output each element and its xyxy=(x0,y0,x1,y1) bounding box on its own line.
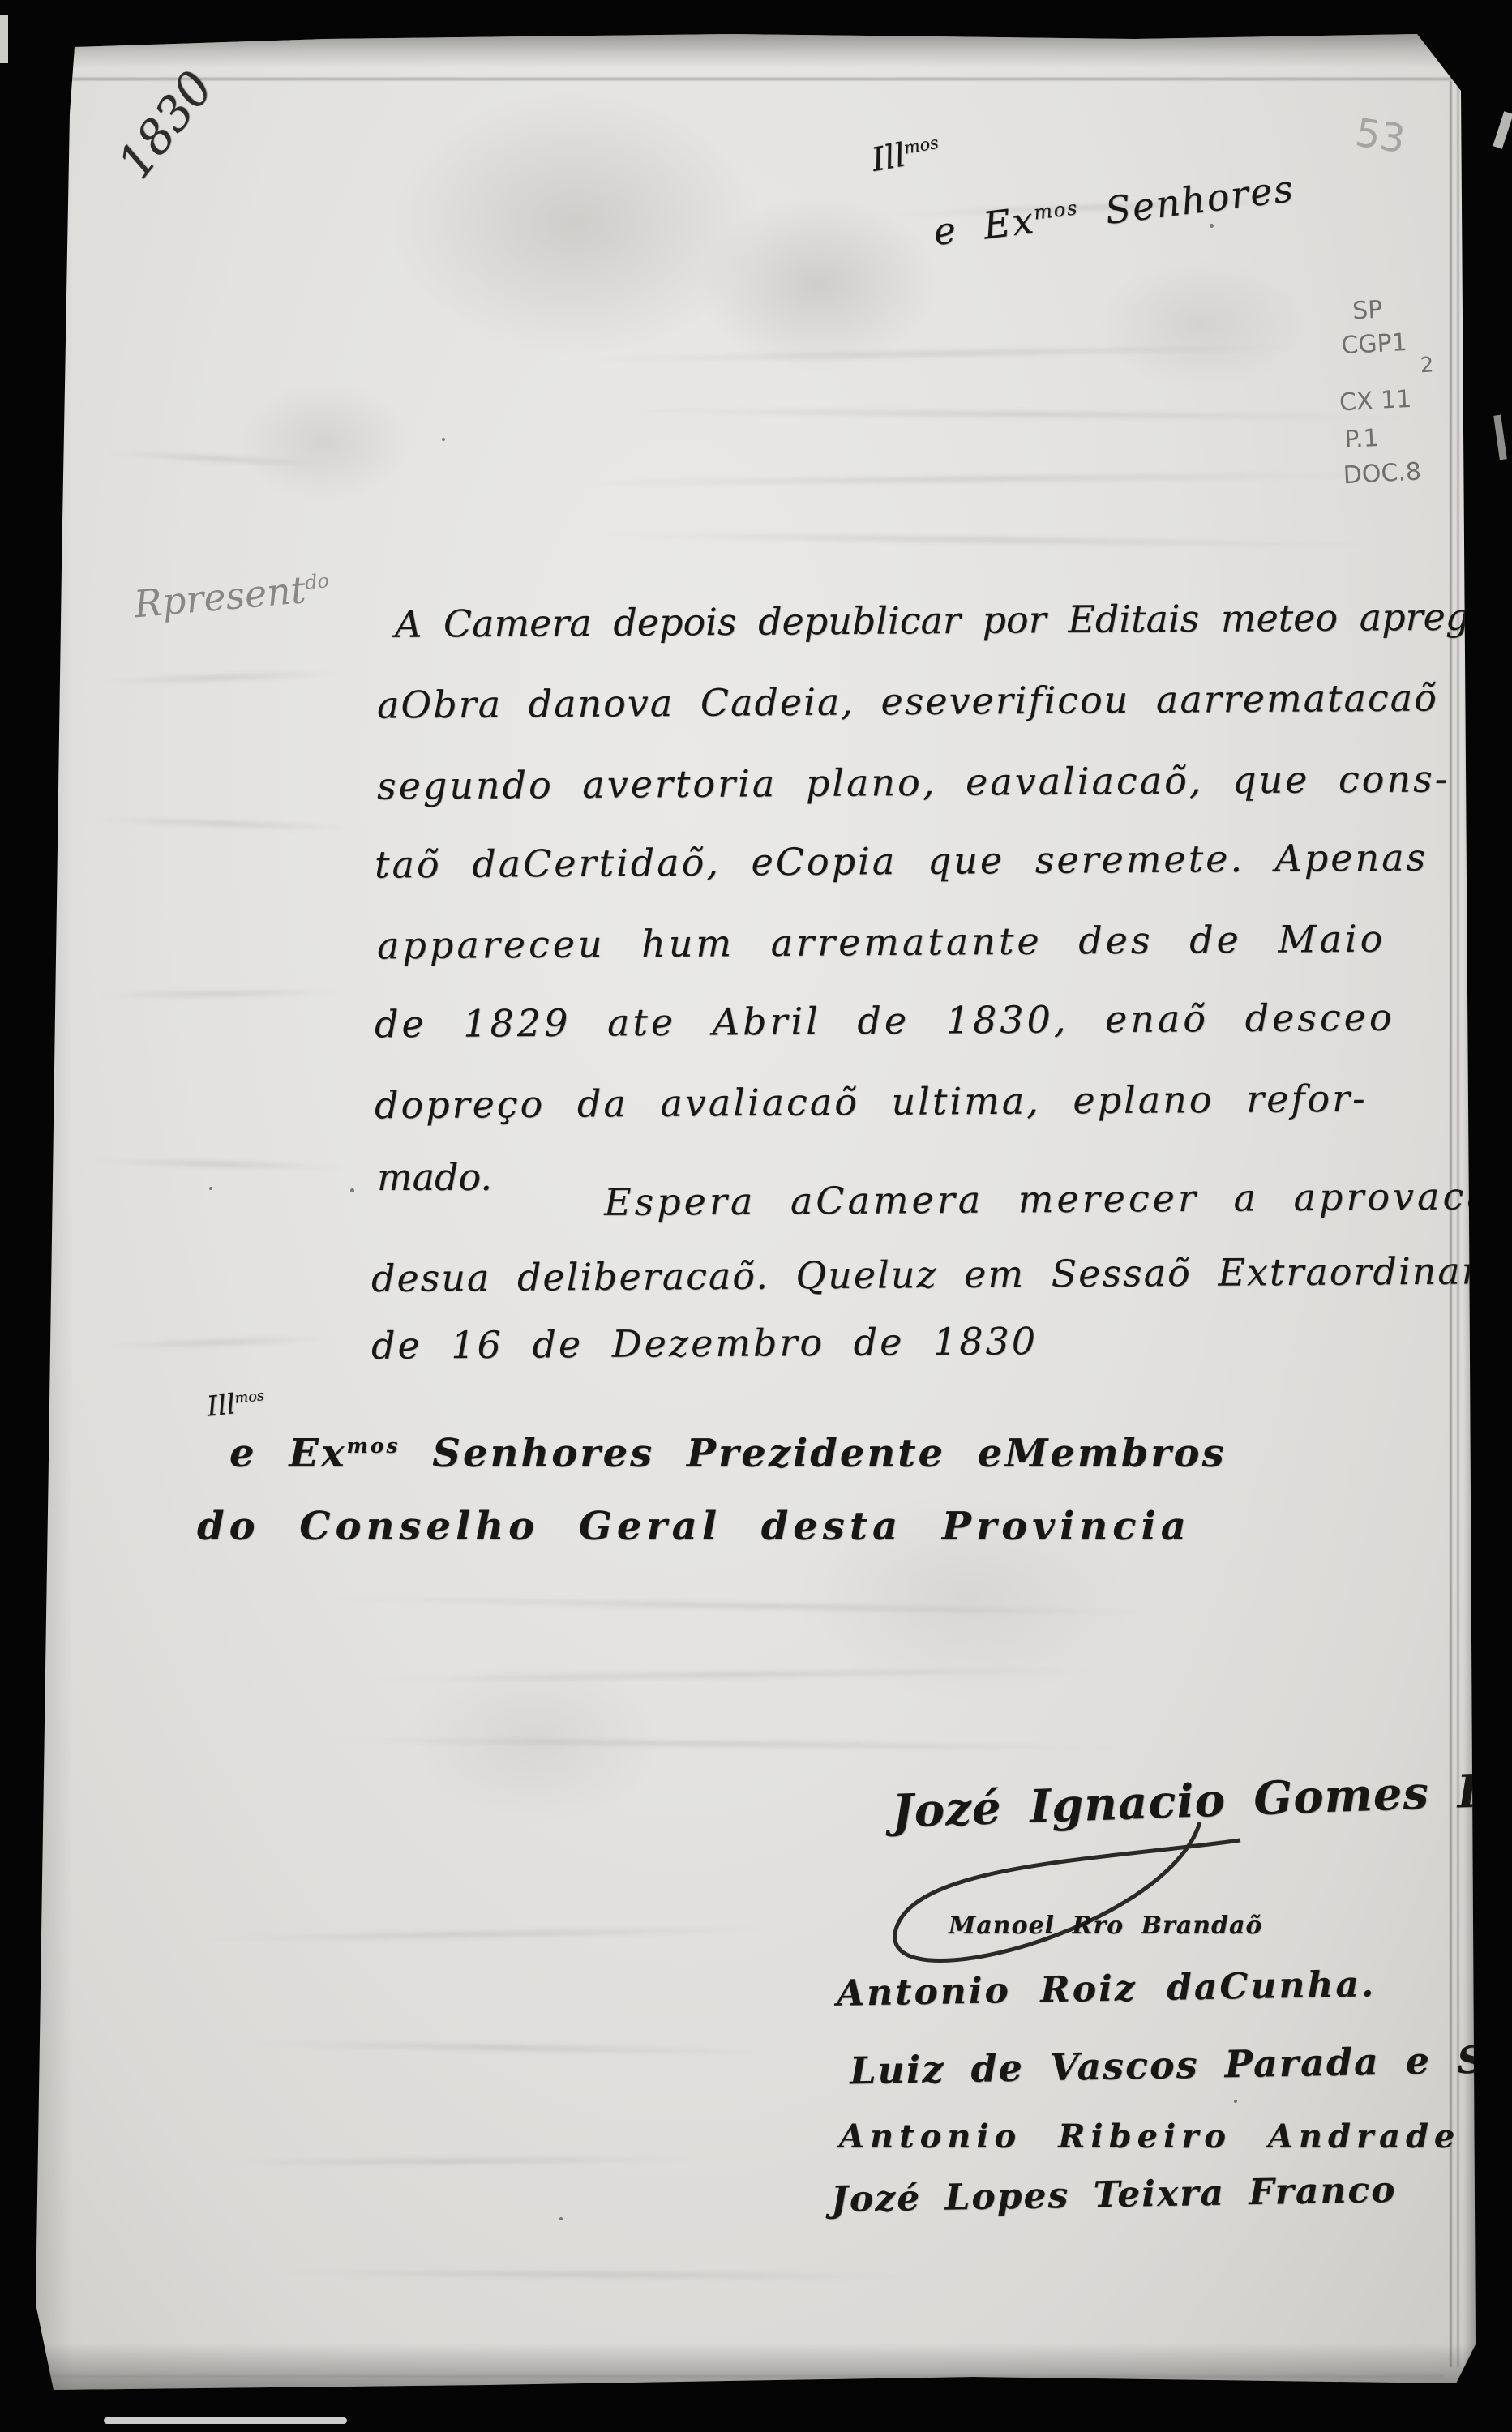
paper-deckle-edge xyxy=(0,31,1512,68)
body-line: de 16 de Dezembro de 1830 xyxy=(371,1319,1038,1368)
page-number: 53 xyxy=(1352,110,1408,163)
body-line: A Camera depois depublicar por Editais m… xyxy=(395,594,1512,646)
address-line-1: Illmos xyxy=(205,1385,266,1423)
scan-artifact xyxy=(104,2417,347,2424)
address-superscript: mos xyxy=(346,1434,400,1458)
body-line: segundo avertoria plano, eavaliacaõ, que… xyxy=(377,756,1450,807)
scan-artifact xyxy=(0,15,8,63)
ghost-line xyxy=(600,529,1370,550)
body-line: mado. xyxy=(377,1155,492,1199)
salutation-word: Senhores xyxy=(1103,166,1296,233)
ink-speck xyxy=(350,1188,354,1192)
ghost-line xyxy=(243,2038,770,2057)
ghost-line xyxy=(211,2154,697,2168)
scan-background: 1830 53 SP CGP1 2 CX 11 P.1 DOC.8 Illmos… xyxy=(0,0,1512,2432)
scan-artifact xyxy=(1493,111,1512,149)
archival-reference: SP CGP1 2 CX 11 P.1 DOC.8 xyxy=(1334,289,1512,509)
signature: Jozé Ignacio Gomes Barboza xyxy=(891,1758,1512,1839)
ghost-line xyxy=(93,1156,345,1172)
ink-speck xyxy=(1234,2100,1237,2103)
signature: Manoel Rro Brandaõ xyxy=(949,1912,1262,1940)
archival-line-cgp: CGP1 xyxy=(1341,328,1408,360)
address-word: Senhores Prezidente eMembros xyxy=(432,1431,1226,1476)
salutation-superscript: mos xyxy=(1032,196,1079,225)
body-line: aObra danova Cadeia, eseverificou aarrem… xyxy=(377,675,1438,726)
archival-line-cgp-sub: 2 xyxy=(1420,353,1434,378)
salutation-line-1: Illmos xyxy=(869,131,943,179)
ghost-line xyxy=(93,814,353,833)
ink-speck xyxy=(1210,224,1214,228)
salutation-abbrev: e Ex xyxy=(931,198,1037,254)
stain xyxy=(1094,259,1305,389)
address-abbrev: Ill xyxy=(205,1388,237,1423)
salutation-superscript: mos xyxy=(902,133,940,158)
archival-line-cx: CX 11 xyxy=(1339,385,1412,417)
margin-note-superscript: do xyxy=(304,569,330,593)
address-superscript: mos xyxy=(233,1388,264,1407)
body-line: dopreço da avaliacaõ ultima, eplano refo… xyxy=(375,1077,1368,1128)
ghost-line xyxy=(97,987,341,1000)
stain xyxy=(697,195,940,373)
signature: Luiz de Vascos Parada e Sza xyxy=(850,2037,1512,2093)
signature: Jozé Lopes Teixra Franco xyxy=(831,2169,1397,2220)
body-line: taõ daCertidaõ, eCopia que seremete. Ape… xyxy=(375,835,1428,886)
address-line-3: do Conselho Geral desta Provincia xyxy=(197,1504,1191,1549)
body-line: Espera aCamera merecer a aprovacaõ xyxy=(604,1174,1512,1224)
margin-note: Rpresentdo xyxy=(132,566,332,627)
stain xyxy=(235,381,413,503)
archival-line-p: P.1 xyxy=(1344,424,1380,454)
body-line: desua deliberacaõ. Queluz em Sessaõ Extr… xyxy=(371,1248,1512,1300)
ink-speck xyxy=(559,2217,563,2220)
address-abbrev: e Ex xyxy=(229,1431,346,1476)
body-line: appareceu hum arrematante des de Maio xyxy=(377,917,1386,968)
archival-line-doc: DOC.8 xyxy=(1343,457,1422,490)
signature: Antonio Ribeiro Andrade xyxy=(839,2117,1460,2156)
ink-speck xyxy=(209,1187,212,1190)
top-fold-line xyxy=(57,78,1467,80)
ghost-line xyxy=(105,1334,332,1351)
body-line: de 1829 ate Abril de 1830, enaõ desceo xyxy=(375,995,1395,1047)
scan-artifact xyxy=(1493,415,1507,460)
left-edge-shadow xyxy=(0,0,73,2432)
margin-note-base: Rpresent xyxy=(132,567,307,626)
bottom-edge-shadow xyxy=(0,2343,1512,2400)
ink-speck xyxy=(442,438,445,441)
ghost-line xyxy=(616,406,1411,423)
address-line-2: e Exmos Senhores Prezidente eMembros xyxy=(229,1431,1227,1476)
manuscript-page: 1830 53 SP CGP1 2 CX 11 P.1 DOC.8 Illmos… xyxy=(0,0,1512,2432)
archival-line-sp: SP xyxy=(1351,296,1383,326)
ghost-line xyxy=(276,2267,924,2282)
salutation-line-2: e Exmos Senhores xyxy=(931,166,1296,254)
bottom-fold-line xyxy=(41,2375,1443,2378)
ghost-line xyxy=(203,1925,770,1944)
ghost-line xyxy=(568,470,1378,488)
ghost-line xyxy=(97,669,341,687)
